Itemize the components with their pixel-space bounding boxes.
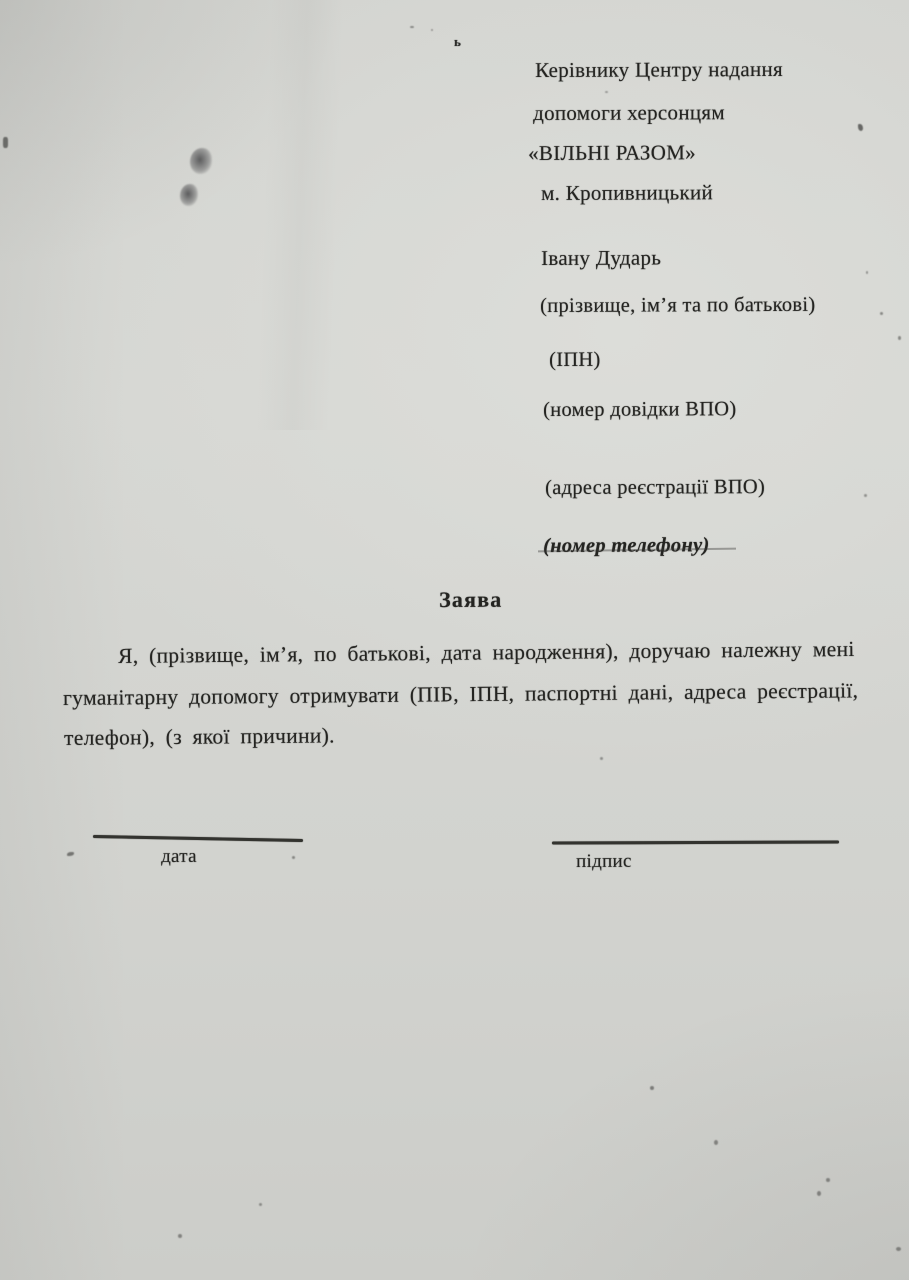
recipient-line-2: допомоги херсонцям — [533, 100, 725, 125]
ink-smudge — [180, 184, 198, 206]
ink-speck — [431, 29, 433, 31]
ink-speck — [864, 494, 867, 497]
date-signature-line — [93, 835, 303, 842]
ink-speck — [259, 1203, 262, 1206]
stray-mark: ь — [454, 34, 461, 50]
ink-speck — [67, 852, 74, 856]
ink-speck — [896, 1247, 901, 1251]
field-label-ipn: (ІПН) — [549, 349, 601, 373]
field-label-full-name: (прізвище, ім’я та по батькові) — [540, 294, 816, 319]
date-caption: дата — [161, 846, 197, 868]
ink-speck — [650, 1086, 654, 1090]
scanned-application-page: Керівнику Центру надання допомоги херсон… — [0, 0, 909, 1280]
ink-speck — [858, 124, 863, 131]
ink-speck — [292, 856, 295, 859]
recipient-line-1: Керівнику Центру надання — [535, 57, 783, 82]
recipient-line-4: м. Кропивницький — [541, 180, 713, 205]
ink-speck — [817, 1191, 821, 1196]
paper-fold-shadow — [255, 0, 345, 430]
addressee-name: Івану Дударь — [541, 245, 661, 270]
ink-speck — [410, 26, 414, 28]
body-line-2: гуманітарну допомогу отримувати (ПІБ, ІП… — [63, 678, 858, 710]
field-label-phone: (номер телефону) — [543, 534, 710, 558]
recipient-line-3: «ВІЛЬНІ РАЗОМ» — [528, 140, 696, 165]
field-label-idp-address: (адреса реєстрації ВПО) — [545, 476, 765, 501]
ink-speck — [866, 271, 868, 274]
ink-speck — [826, 1178, 830, 1182]
ink-speck — [880, 312, 883, 315]
ink-speck — [898, 336, 901, 340]
ink-speck — [3, 137, 8, 148]
field-label-idp-certificate: (номер довідки ВПО) — [543, 398, 737, 422]
ink-speck — [714, 1140, 718, 1145]
sign-signature-line — [552, 840, 839, 844]
ink-speck — [605, 91, 608, 93]
ink-speck — [178, 1234, 182, 1238]
ink-speck — [600, 757, 603, 760]
ink-smudge — [190, 148, 212, 174]
body-line-1: Я, (прізвище, ім’я, по батькові, дата на… — [118, 637, 855, 669]
page-title: Заява — [439, 587, 503, 613]
sign-caption: підпис — [576, 851, 632, 873]
body-line-3: телефон), (з якої причини). — [64, 723, 335, 750]
